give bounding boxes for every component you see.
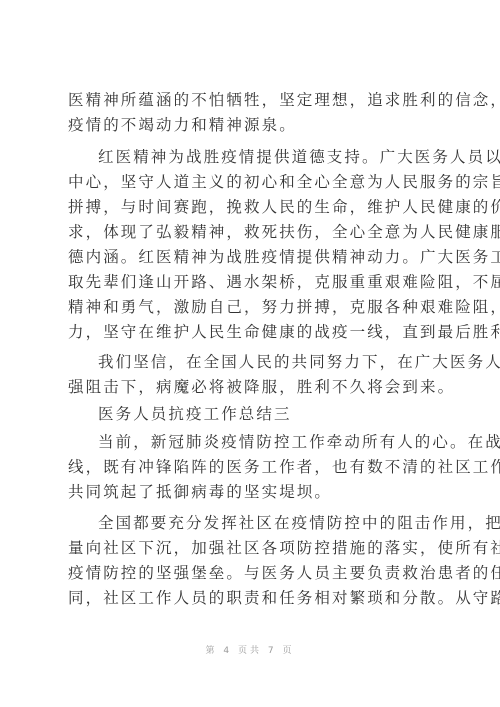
section-heading: 医务人员抗疫工作总结三 xyxy=(98,402,442,427)
document-page: 医精神所蕴涵的不怕牺牲，坚定理想，追求胜利的信念，是战胜 疫情的不竭动力和精神源… xyxy=(0,0,500,707)
paragraph-line: 精神和勇气，激励自己，努力拼搏，克服各种艰难险阻，竭尽全 xyxy=(68,295,442,320)
paragraph-line: 中心，坚守人道主义的初心和全心全意为人民服务的宗旨，顽强 xyxy=(68,170,442,195)
paragraph-line: 红医精神为战胜疫情提供道德支持。广大医务人员以人民为 xyxy=(98,145,442,170)
paragraph-line: 疫情防控的坚强堡垒。与医务人员主要负责救治患者的任务不 xyxy=(68,561,442,586)
paragraph-line: 力，坚守在维护人民生命健康的战疫一线，直到最后胜利。 xyxy=(68,320,442,345)
paragraph-line: 强阻击下，病魔必将被降服，胜利不久将会到来。 xyxy=(68,375,442,400)
paragraph-line: 求，体现了弘毅精神，救死扶伤，全心全意为人民健康服务的道 xyxy=(68,220,442,245)
paragraph-line: 德内涵。红医精神为战胜疫情提供精神动力。广大医务工作者汲 xyxy=(68,245,442,270)
paragraph-line: 同，社区工作人员的职责和任务相对繁琐和分散。从守路口、测 xyxy=(68,586,442,611)
page-number-footer: 第 4 页共 7 页 xyxy=(0,643,500,656)
paragraph-line: 取先辈们逢山开路、遇水架桥，克服重重艰难险阻，不屈不挠的 xyxy=(68,270,442,295)
paragraph-line: 量向社区下沉，加强社区各项防控措施的落实，使所有社区成为 xyxy=(68,536,442,561)
paragraph-line: 疫情的不竭动力和精神源泉。 xyxy=(68,113,442,138)
paragraph-line: 拼搏，与时间赛跑，挽救人民的生命，维护人民健康的价值诉 xyxy=(68,195,442,220)
paragraph-line: 医精神所蕴涵的不怕牺牲，坚定理想，追求胜利的信念，是战胜 xyxy=(68,88,442,113)
paragraph-line: 全国都要充分发挥社区在疫情防控中的阻击作用，把防控力 xyxy=(98,511,442,536)
paragraph-line: 当前，新冠肺炎疫情防控工作牵动所有人的心。在战疫一 xyxy=(98,430,442,455)
paragraph-line: 线，既有冲锋陷阵的医务工作者，也有数不清的社区工作人员， xyxy=(68,455,442,480)
paragraph-line: 我们坚信，在全国人民的共同努力下，在广大医务人员的顽 xyxy=(98,350,442,375)
paragraph-line: 共同筑起了抵御病毒的坚实堤坝。 xyxy=(68,480,442,505)
